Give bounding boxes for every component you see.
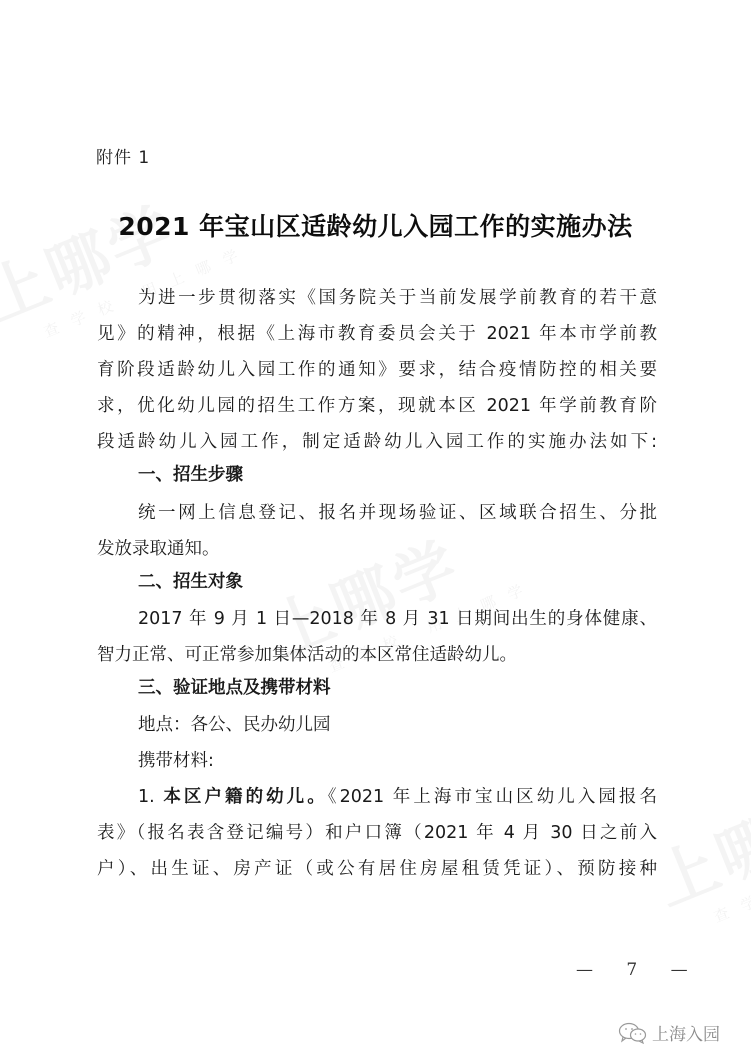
item-bold-text: 本区户籍的幼儿。: [163, 787, 327, 807]
attachment-label: 附件 1: [96, 143, 150, 168]
section-line: 发放录取通知。: [97, 538, 657, 560]
section-heading: 一、招生步骤: [138, 464, 657, 486]
section-line: 智力正常、可正常参加集体活动的本区常住适龄幼儿。: [97, 644, 657, 666]
wechat-icon: [618, 1022, 648, 1044]
section-line: 2017 年 9 月 1 日—2018 年 8 月 31 日期间出生的身体健康、: [138, 608, 657, 630]
account-name: 上海入园: [652, 1020, 720, 1045]
section-line: 表》（报名表含登记编号）和户口簿（2021 年 4 月 30 日之前入: [97, 822, 657, 844]
page-number: — 7 —: [576, 960, 702, 980]
intro-line: 育阶段适龄幼儿入园工作的通知》要求，结合疫情防控的相关要: [97, 359, 657, 381]
item-number: 1.: [138, 787, 163, 807]
intro-line: 为进一步贯彻落实《国务院关于当前发展学前教育的若干意: [138, 287, 657, 309]
material-item-1: 1. 本区户籍的幼儿。《2021 年上海市宝山区幼儿入园报名: [138, 786, 657, 808]
section-line: 统一网上信息登记、报名并现场验证、区域联合招生、分批: [138, 502, 657, 524]
materials-label: 携带材料:: [138, 750, 657, 772]
location-line: 地点：各公、民办幼儿园: [138, 714, 657, 736]
source-badge: 上海入园: [618, 1020, 720, 1045]
document-title: 2021 年宝山区适龄幼儿入园工作的实施办法: [0, 207, 751, 243]
section-heading: 三、验证地点及携带材料: [138, 677, 657, 699]
section-line: 户）、出生证、房产证（或公有居住房屋租赁凭证）、预防接种: [97, 858, 657, 880]
section-heading: 二、招生对象: [138, 571, 657, 593]
intro-line: 求，优化幼儿园的招生工作方案，现就本区 2021 年学前教育阶: [97, 395, 657, 417]
intro-line: 段适龄幼儿入园工作，制定适龄幼儿入园工作的实施办法如下:: [97, 431, 657, 453]
item-text: 《2021 年上海市宝山区幼儿入园报名: [328, 787, 657, 807]
document-page: 上哪学 查学校 用上哪学 上哪学 查学校 用上哪学 上哪学 查学校 用上哪学 附…: [0, 0, 751, 1063]
intro-line: 见》的精神，根据《上海市教育委员会关于 2021 年本市学前教: [97, 323, 657, 345]
